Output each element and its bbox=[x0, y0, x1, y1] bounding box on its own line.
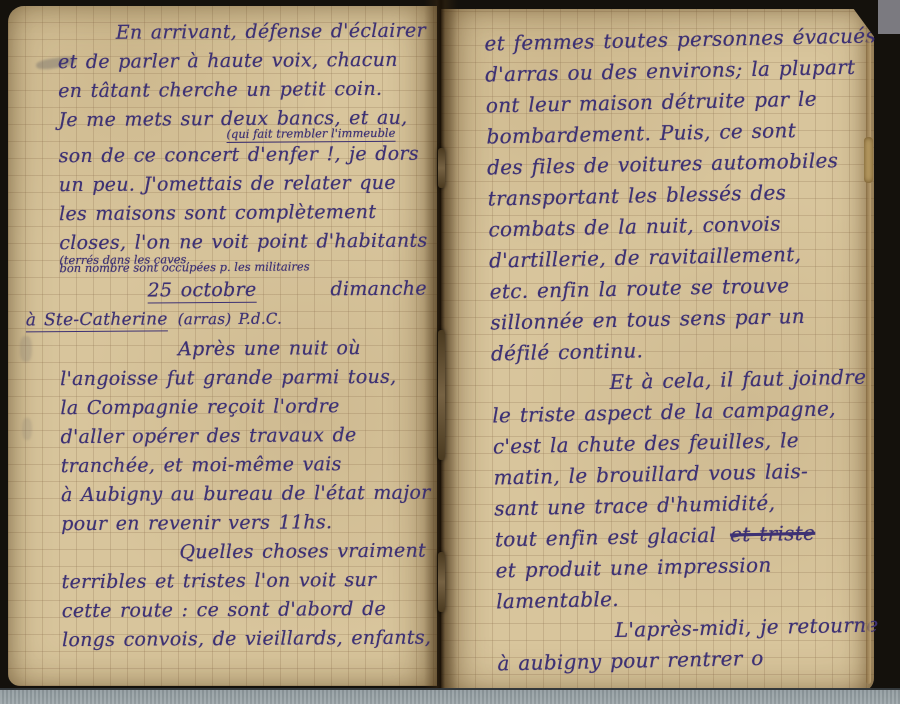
text-segment: les maisons sont complètement bbox=[59, 201, 376, 225]
handwriting-line: en tâtant cherche un petit coin. bbox=[58, 75, 427, 107]
left-page-text: En arrivant, défense d'éclaireret de par… bbox=[6, 5, 440, 688]
text-segment: matin, le brouillard vous lais- bbox=[493, 459, 808, 490]
text-segment: le triste aspect de la campagne, bbox=[492, 396, 836, 427]
handwriting-line: l'angoisse fut grande parmi tous, bbox=[60, 363, 429, 395]
handwriting-line: son de ce concert d'enfer !, je dors bbox=[59, 140, 428, 172]
handwriting-line: Après une nuit où bbox=[60, 334, 429, 366]
text-segment: à aubigny pour rentrer o bbox=[497, 646, 764, 676]
text-segment: un peu. J'omettais de relater que bbox=[59, 172, 396, 196]
right-page-text: et femmes toutes personnes évacuésd'arra… bbox=[434, 5, 881, 697]
text-segment: 25 octobre bbox=[148, 279, 257, 304]
handwriting-line: et de parler à haute voix, chacun bbox=[58, 46, 427, 78]
date-heading: 25 octobredimanche bbox=[147, 272, 428, 308]
handwriting-line: à Aubigny au bureau de l'état major bbox=[61, 479, 430, 511]
handwriting-line: En arrivant, défense d'éclairer bbox=[58, 17, 427, 49]
text-segment: défilé continu. bbox=[491, 338, 644, 365]
text-segment: (arras) P.d.C. bbox=[178, 310, 283, 329]
text-segment: etc. enfin la route se trouve bbox=[489, 273, 789, 303]
right-page: et femmes toutes personnes évacuésd'arra… bbox=[441, 9, 874, 692]
text-segment: En arrivant, défense d'éclairer bbox=[116, 20, 426, 44]
text-segment: l'angoisse fut grande parmi tous, bbox=[60, 366, 396, 390]
page-edge-stack bbox=[866, 39, 871, 684]
left-page: En arrivant, défense d'éclaireret de par… bbox=[8, 6, 437, 686]
text-segment: des files de voitures automobiles bbox=[487, 148, 839, 179]
binding-stitch bbox=[438, 552, 445, 612]
binding-stitch bbox=[438, 330, 445, 460]
desk-surface-strip bbox=[0, 688, 900, 704]
text-segment: transportant les blessés des bbox=[488, 180, 787, 210]
text-segment: à Aubigny au bureau de l'état major bbox=[61, 482, 431, 507]
diary-scan: En arrivant, défense d'éclaireret de par… bbox=[0, 0, 900, 704]
text-segment: Après une nuit où bbox=[178, 337, 361, 360]
text-segment: combats de la nuit, convois bbox=[488, 211, 781, 241]
handwriting-line: les maisons sont complètement bbox=[59, 198, 428, 230]
handwriting-line: longs convois, de vieillards, enfants, bbox=[62, 624, 431, 656]
location-heading: à Ste-Catherine(arras) P.d.C. bbox=[26, 306, 429, 337]
text-segment: Et à cela, il faut joindre bbox=[609, 365, 866, 394]
text-segment: d'arras ou des environs; la plupart bbox=[485, 55, 856, 87]
handwriting-line: terribles et tristes l'on voit sur bbox=[62, 566, 431, 598]
handwriting-line: d'aller opérer des travaux de bbox=[61, 421, 430, 453]
text-segment: L'après-midi, je retourne bbox=[615, 612, 879, 642]
text-segment: sant une trace d'humidité, bbox=[494, 491, 775, 521]
handwriting-line: à aubigny pour rentrer o bbox=[497, 641, 871, 680]
text-segment: ont leur maison détruite par le bbox=[486, 87, 818, 118]
text-segment: terribles et tristes l'on voit sur bbox=[62, 569, 377, 593]
text-segment: d'artillerie, de ravitaillement, bbox=[489, 242, 802, 273]
text-segment: c'est la chute des feuilles, le bbox=[493, 428, 799, 458]
text-segment: et femmes toutes personnes évacués bbox=[484, 23, 876, 55]
text-segment: dimanche bbox=[330, 278, 426, 301]
text-segment: d'aller opérer des travaux de bbox=[61, 424, 357, 448]
text-segment: à Ste-Catherine bbox=[26, 309, 168, 332]
handwriting-line: la Compagnie reçoit l'ordre bbox=[60, 392, 429, 424]
text-segment: la Compagnie reçoit l'ordre bbox=[60, 395, 339, 419]
text-segment: tranchée, et moi-même vais bbox=[61, 453, 342, 477]
text-segment: closes, l'on ne voit point d'habitants bbox=[59, 230, 427, 255]
scanner-background-corner bbox=[878, 0, 900, 34]
text-segment: tout enfin est glacial bbox=[495, 523, 717, 552]
binding-gutter bbox=[424, 0, 458, 704]
binding-stitch bbox=[438, 148, 445, 188]
text-segment: lamentable. bbox=[496, 587, 619, 614]
text-segment: pour en revenir vers 11hs. bbox=[61, 511, 332, 535]
text-segment: sillonnée en tous sens par un bbox=[490, 304, 805, 335]
handwriting-line: un peu. J'omettais de relater que bbox=[59, 169, 428, 201]
handwriting-line: cette route : ce sont d'abord de bbox=[62, 595, 431, 627]
handwriting-line: Quelles choses vraiment bbox=[61, 537, 430, 569]
page-edge-tear bbox=[864, 137, 873, 183]
text-segment: cette route : ce sont d'abord de bbox=[62, 598, 386, 622]
text-segment: en tâtant cherche un petit coin. bbox=[58, 78, 382, 102]
text-segment: et de parler à haute voix, chacun bbox=[58, 49, 398, 73]
text-segment: et produit une impression bbox=[495, 553, 771, 583]
handwriting-line: pour en revenir vers 11hs. bbox=[61, 508, 430, 540]
handwriting-line: tranchée, et moi-même vais bbox=[61, 450, 430, 482]
text-segment: bombardement. Puis, ce sont bbox=[486, 118, 796, 148]
text-segment: son de ce concert d'enfer !, je dors bbox=[59, 143, 419, 168]
struck-text: et triste bbox=[730, 521, 816, 547]
text-segment: longs convois, de vieillards, enfants, bbox=[62, 627, 431, 652]
text-segment: Quelles choses vraiment bbox=[179, 540, 426, 564]
